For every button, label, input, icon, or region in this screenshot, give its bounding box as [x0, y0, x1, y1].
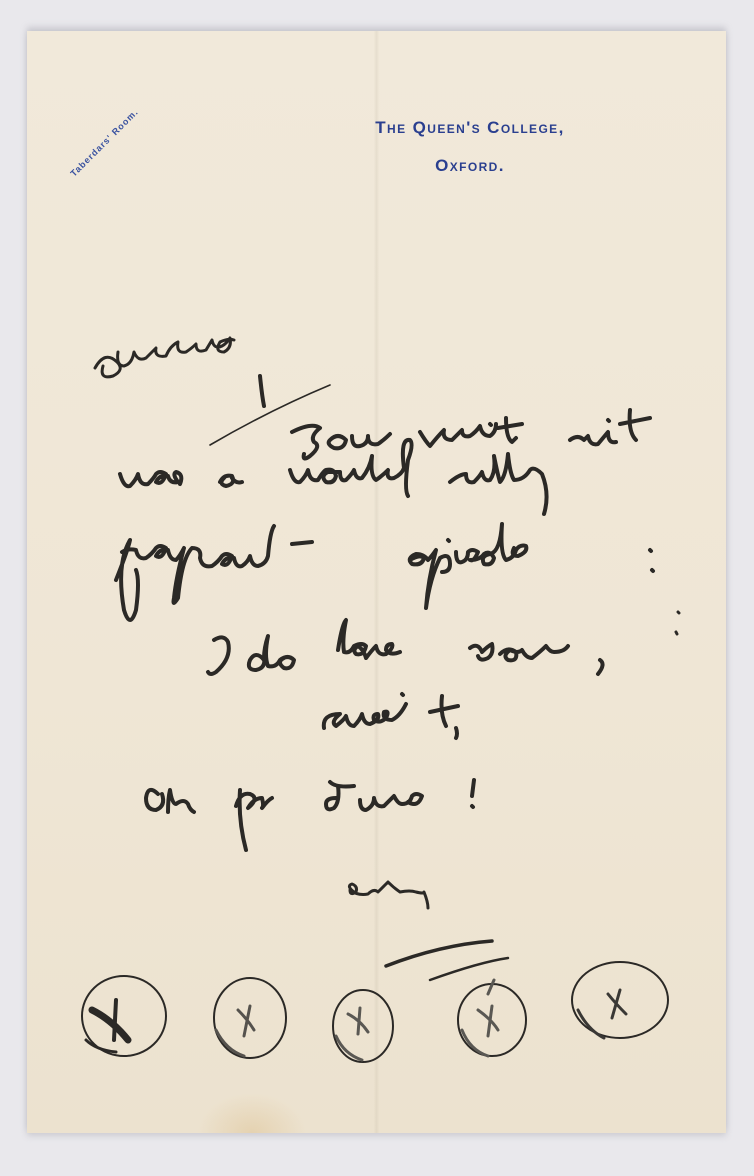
kiss-circle-5 — [572, 962, 668, 1038]
handwriting-ink — [0, 0, 754, 1176]
kiss-circle-1 — [82, 976, 166, 1056]
kiss-circle-4 — [458, 980, 526, 1056]
line-oh-for-june — [146, 780, 474, 850]
ink-speck — [676, 612, 679, 634]
line-fragrant-episode — [116, 524, 653, 620]
salutation-handwriting — [95, 338, 264, 406]
line-your-visit — [292, 410, 650, 459]
line-i-do-love-you — [208, 620, 603, 674]
kiss-circle-3 — [333, 990, 393, 1062]
signature — [349, 882, 428, 908]
signature-underline-1 — [386, 941, 492, 966]
kiss-circle-2 — [214, 978, 286, 1058]
line-sweet — [324, 694, 458, 738]
signature-underline-2 — [430, 958, 508, 980]
line-was-a-wonderfully — [120, 440, 547, 514]
kisses — [82, 962, 668, 1062]
